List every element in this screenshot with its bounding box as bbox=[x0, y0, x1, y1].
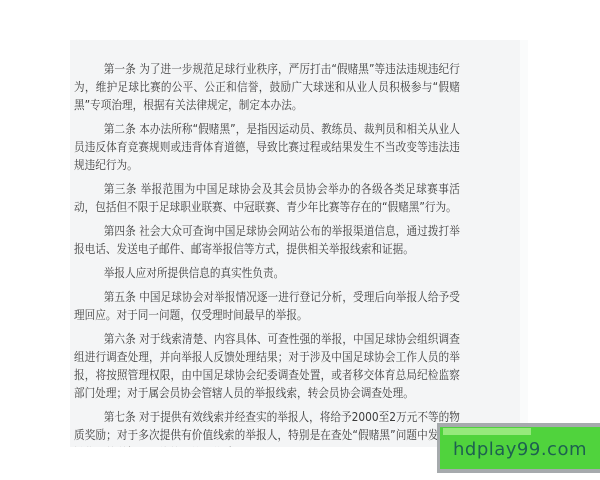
watermark-url: hdplay99.com bbox=[453, 439, 587, 460]
document-paragraph: 第二条 本办法所称“假赌黑”，是指因运动员、教练员、裁判员和相关从业人员违反体育… bbox=[74, 120, 460, 174]
watermark-highlight bbox=[443, 428, 531, 435]
document-paragraph: 第七条 对于提供有效线索并经查实的举报人，将给予2000至2万元不等的物质奖励；… bbox=[74, 408, 460, 447]
watermark-badge[interactable]: hdplay99.com bbox=[440, 427, 600, 469]
document-paragraph: 举报人应对所提供信息的真实性负责。 bbox=[74, 264, 460, 282]
document-paragraph: 第四条 社会大众可查询中国足球协会网站公布的举报渠道信息，通过拨打举报电话、发送… bbox=[74, 222, 460, 258]
document-paragraph: 第三条 举报范围为中国足球协会及其会员协会举办的各级各类足球赛事活动，包括但不限… bbox=[74, 180, 460, 216]
document-paragraph: 第五条 中国足球协会对举报情况逐一进行登记分析，受理后向举报人给予受理回应。对于… bbox=[74, 288, 460, 324]
document-text: 第一条 为了进一步规范足球行业秩序，严厉打击“假赌黑”等违法违规违纪行为，维护足… bbox=[74, 60, 460, 447]
document-paragraph: 第一条 为了进一步规范足球行业秩序，严厉打击“假赌黑”等违法违规违纪行为，维护足… bbox=[74, 60, 460, 114]
panel-edge-strip bbox=[520, 40, 528, 447]
document-panel: 第一条 为了进一步规范足球行业秩序，严厉打击“假赌黑”等违法违规违纪行为，维护足… bbox=[70, 40, 528, 447]
document-paragraph: 第六条 对于线索清楚、内容具体、可查性强的举报，中国足球协会组织调查组进行调查处… bbox=[74, 330, 460, 402]
